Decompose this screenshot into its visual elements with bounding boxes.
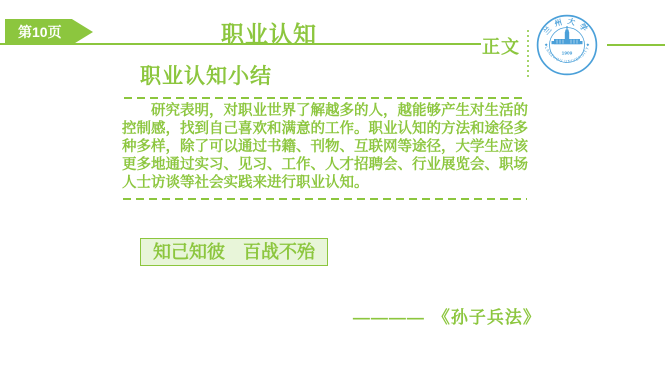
header-rule-left bbox=[0, 43, 481, 45]
body-heading: 职业认知小结 bbox=[140, 60, 272, 90]
university-seal-logo: 兰州大学 1909 LANZHOU UNIVERSITY bbox=[536, 12, 598, 78]
quote-attribution: ————《孙子兵法》 bbox=[330, 283, 541, 348]
dashed-rule-bottom bbox=[123, 198, 527, 200]
body-paragraph: 研究表明，对职业世界了解越多的人，越能够产生对生活的控制感，找到自己喜欢和满意的… bbox=[122, 102, 528, 192]
vertical-dotted-divider bbox=[527, 30, 529, 80]
section-label: 正文 bbox=[482, 33, 520, 59]
attribution-dashes: ———— bbox=[353, 308, 425, 327]
dashed-rule-top bbox=[124, 97, 527, 99]
header-rule-right bbox=[607, 44, 665, 46]
attribution-source: 《孙子兵法》 bbox=[433, 308, 541, 327]
seal-year: 1909 bbox=[562, 51, 573, 57]
quote-box: 知己知彼 百战不殆 bbox=[140, 238, 328, 266]
presentation-slide: 第10页 职业认知 正文 兰州大学 bbox=[0, 0, 668, 376]
